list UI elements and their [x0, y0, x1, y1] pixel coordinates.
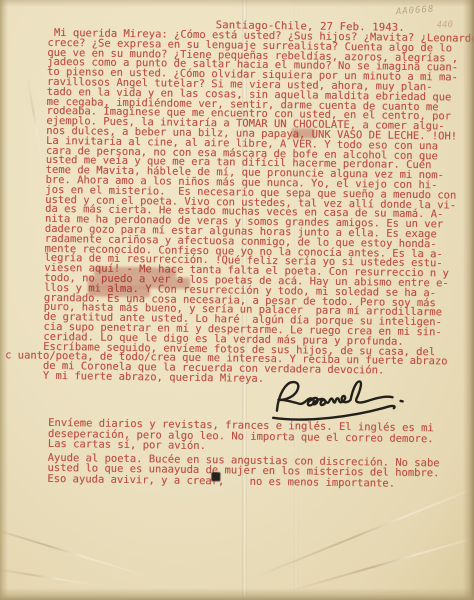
paper-right-edge-shadow	[463, 0, 474, 600]
paper-top-edge-shadow	[0, 0, 474, 7]
signature-underline-stroke	[273, 406, 395, 421]
letter-sheet: AA0668 440 Santiago-Chile, 27 Feb. 1943.…	[0, 0, 474, 600]
ink-overstrike-smudge	[291, 128, 315, 138]
handwritten-signature	[260, 371, 433, 425]
paper-bottom-edge-shadow	[0, 588, 474, 600]
letter-content: AA0668 440 Santiago-Chile, 27 Feb. 1943.…	[0, 0, 474, 600]
signature-letters-stroke	[276, 378, 393, 410]
ink-overstrike-smudge	[88, 286, 150, 297]
ink-blot	[211, 472, 220, 481]
letter-postscript: Envíeme diarios y revistas, frances e in…	[47, 418, 440, 490]
pencil-archive-mark-2: 440	[436, 20, 453, 31]
signature-period-stroke	[401, 401, 403, 402]
paper-torn-left-edge	[0, 0, 8, 600]
letter-body: Mi querida Mireya: ¿Cómo está usted? ¿Su…	[43, 29, 474, 388]
